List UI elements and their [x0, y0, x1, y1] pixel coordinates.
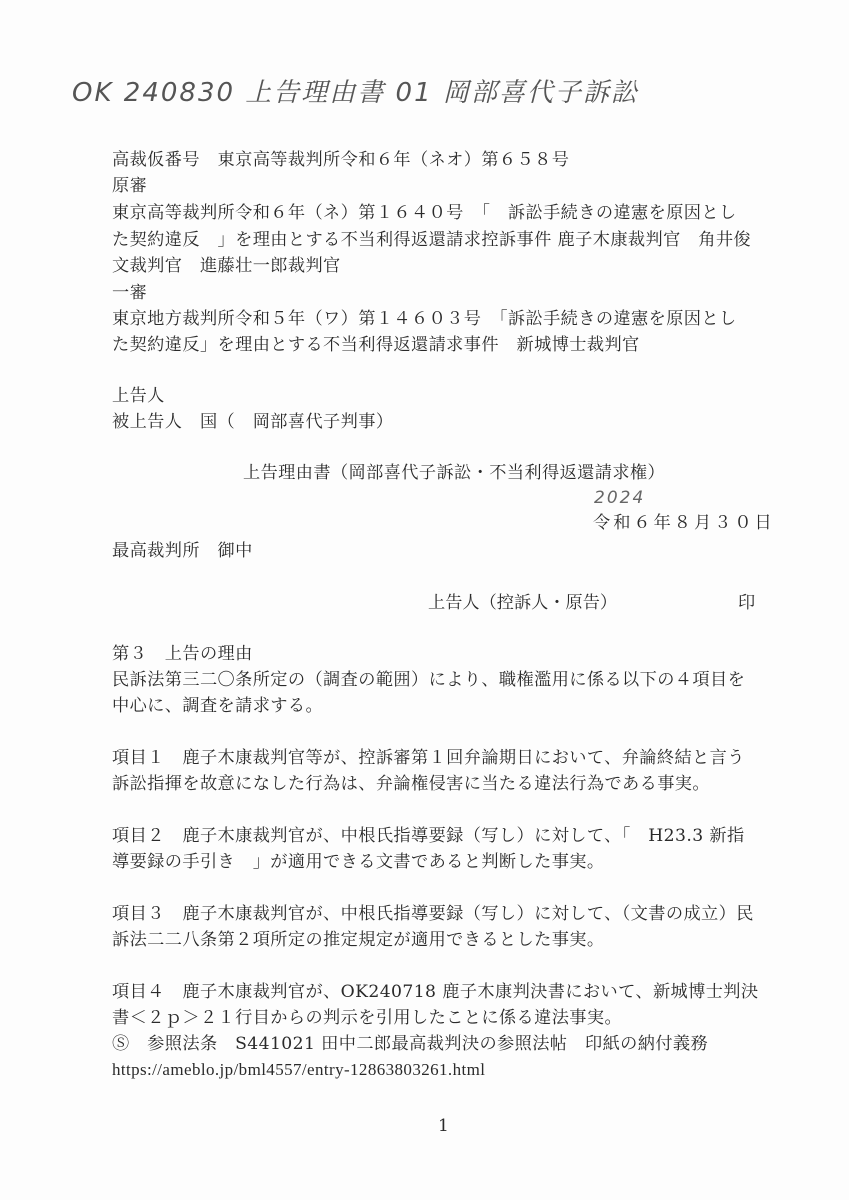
- section-intro-line-1: 民訴法第三二〇条所定の（調査の範囲）により、職権濫用に係る以下の４項目を: [112, 669, 745, 691]
- original-instance-label: 原審: [112, 175, 147, 197]
- original-instance-line-2: た契約違反 」を理由とする不当利得返還請求控訴事件 鹿子木康裁判官 角井俊: [112, 229, 751, 251]
- item-3-line-2: 訴法二二八条第２項所定の推定規定が適用できるとした事実。: [112, 929, 604, 951]
- document-title: 上告理由書（岡部喜代子訴訟・不当利得返還請求権）: [243, 462, 665, 484]
- appellee-label: 被上告人 国（ 岡部喜代子判事）: [112, 411, 393, 433]
- item-4-line-1: 項目４ 鹿子木康裁判官が、OK240718 鹿子木康判決書において、新城博士判決: [112, 981, 758, 1003]
- item-1-line-1: 項目１ 鹿子木康裁判官等が、控訴審第１回弁論期日において、弁論終結と言う: [112, 747, 745, 769]
- seal-mark: 印: [738, 592, 755, 614]
- page-number: 1: [438, 1116, 449, 1136]
- handwritten-year-note: 2024: [594, 488, 645, 508]
- item-2-line-2: 導要録の手引き 」が適用できる文書であると判断した事実。: [112, 851, 604, 873]
- handwritten-header-note: OK 240830 上告理由書 01 岡部喜代子訴訟: [72, 72, 639, 109]
- high-court-provisional-number: 高裁仮番号 東京高等裁判所令和６年（ネオ）第６５８号: [112, 149, 569, 171]
- first-instance-line-1: 東京地方裁判所令和５年（ワ）第１４６０３号 「訴訟手続きの違憲を原因とし: [112, 308, 737, 330]
- addressee: 最高裁判所 御中: [112, 540, 253, 562]
- item-3-line-1: 項目３ 鹿子木康裁判官が、中根氏指導要録（写し）に対して、（文書の成立）民: [112, 903, 754, 925]
- first-instance-label: 一審: [112, 282, 147, 304]
- section-heading: 第３ 上告の理由: [112, 643, 253, 665]
- document-date: 令和６年８月３０日: [593, 512, 775, 534]
- appellant-label: 上告人: [112, 385, 165, 407]
- section-intro-line-2: 中心に、調査を請求する。: [112, 695, 323, 717]
- first-instance-line-2: た契約違反」を理由とする不当利得返還請求事件 新城博士裁判官: [112, 334, 640, 356]
- reference-url-link[interactable]: https://ameblo.jp/bml4557/entry-12863803…: [112, 1059, 485, 1081]
- item-2-line-1: 項目２ 鹿子木康裁判官が、中根氏指導要録（写し）に対して、「 H23.3 新指: [112, 825, 745, 847]
- item-1-line-2: 訴訟指揮を故意になした行為は、弁論権侵害に当たる違法行為である事実。: [112, 773, 710, 795]
- reference-line: Ⓢ 参照法条 S441021 田中二郎最高裁判決の参照法帖 印紙の納付義務: [112, 1033, 708, 1055]
- item-4-line-2: 書＜２ｐ＞２１行目からの判示を引用したことに係る違法事実。: [112, 1007, 622, 1029]
- original-instance-line-1: 東京高等裁判所令和６年（ネ）第１６４０号 「 訴訟手続きの違憲を原因とし: [112, 202, 737, 224]
- original-instance-line-3: 文裁判官 進藤壮一郎裁判官: [112, 255, 341, 277]
- document-page: OK 240830 上告理由書 01 岡部喜代子訴訟 高裁仮番号 東京高等裁判所…: [0, 0, 849, 1200]
- signature-label: 上告人（控訴人・原告）: [428, 592, 617, 614]
